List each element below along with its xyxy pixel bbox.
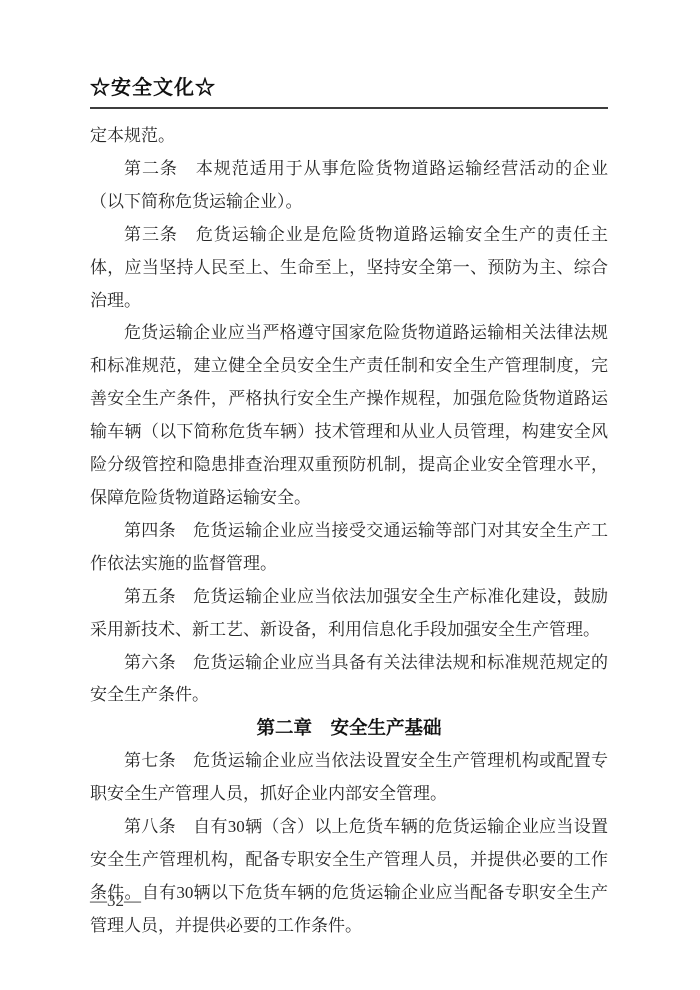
- paragraph-article-3-cont: 危货运输企业应当严格遵守国家危险货物道路运输相关法律法规和标准规范，建立健全全员…: [90, 317, 608, 514]
- header-rule: [90, 107, 608, 109]
- document-body: 定本规范。 第二条 本规范适用于从事危险货物道路运输经营活动的企业（以下简称危货…: [90, 120, 608, 943]
- paragraph-article-4: 第四条 危货运输企业应当接受交通运输等部门对其安全生产工作依法实施的监督管理。: [90, 515, 608, 581]
- paragraph-article-5: 第五条 危货运输企业应当依法加强安全生产标准化建设，鼓励采用新技术、新工艺、新设…: [90, 581, 608, 647]
- chapter-heading: 第二章 安全生产基础: [90, 712, 608, 745]
- document-page: ☆安全文化☆ 定本规范。 第二条 本规范适用于从事危险货物道路运输经营活动的企业…: [0, 0, 700, 990]
- paragraph-article-3: 第三条 危货运输企业是危险货物道路运输安全生产的责任主体，应当坚持人民至上、生命…: [90, 219, 608, 318]
- paragraph-article-6: 第六条 危货运输企业应当具备有关法律法规和标准规范规定的安全生产条件。: [90, 647, 608, 713]
- page-footer: —32—: [90, 891, 141, 911]
- masthead-title: ☆安全文化☆: [90, 76, 608, 100]
- paragraph-article-2: 第二条 本规范适用于从事危险货物道路运输经营活动的企业（以下简称危货运输企业）。: [90, 153, 608, 219]
- paragraph-continuation: 定本规范。: [90, 120, 608, 153]
- page-number: —32—: [90, 891, 141, 910]
- paragraph-article-7: 第七条 危货运输企业应当依法设置安全生产管理机构或配置专职安全生产管理人员，抓好…: [90, 745, 608, 811]
- paragraph-article-8: 第八条 自有30辆（含）以上危货车辆的危货运输企业应当设置安全生产管理机构，配备…: [90, 811, 608, 943]
- page-header: ☆安全文化☆: [90, 76, 608, 109]
